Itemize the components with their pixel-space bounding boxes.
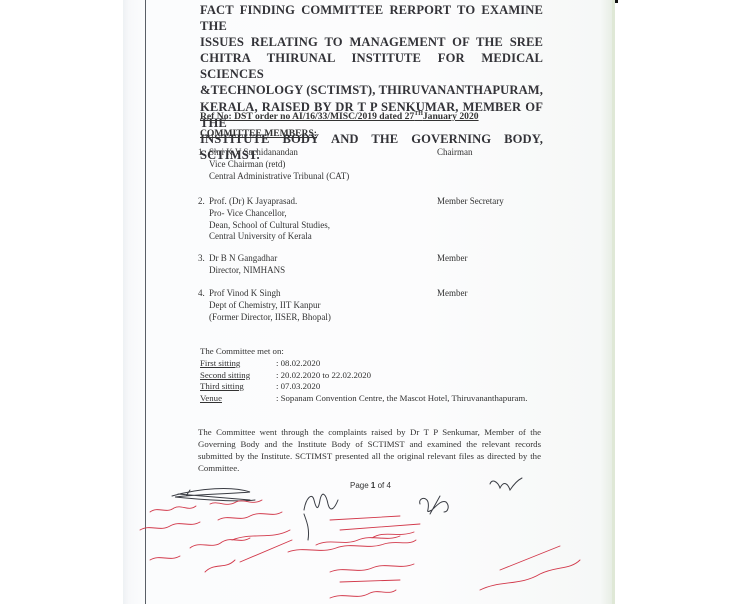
member-detail-line: Dept of Chemistry, IIT Kanpur (209, 300, 331, 312)
member-detail-line: Dean, School of Cultural Studies, (209, 220, 330, 232)
page-number: Page 1 of 4 (350, 481, 391, 490)
ref-text: Ref No: DST order no AI/16/33/MISC/2019 … (200, 111, 414, 122)
member-role: Chairman (437, 147, 473, 157)
corner-mark (615, 0, 618, 3)
member-role: Member (437, 253, 468, 263)
member-detail-line: (Former Director, IISER, Bhopal) (209, 312, 331, 324)
committee-members-heading: COMMITTEE MEMBERS: (200, 128, 317, 139)
page-of: of (375, 481, 386, 490)
member-detail-line: Central Administrative Tribunal (CAT) (209, 171, 349, 183)
member-number: 2. (198, 196, 208, 208)
member-detail-line: Prof Vinod K Singh (209, 288, 331, 300)
sitting-value: : 08.02.2020 (276, 358, 320, 368)
page-prefix: Page (350, 481, 371, 490)
sitting-value: : 20.02.2020 to 22.02.2020 (276, 370, 371, 380)
member-details: Shri K V SachidanandanVice Chairman (ret… (209, 147, 349, 182)
member-number: 1. (198, 147, 208, 159)
member-detail-line: Vice Chairman (retd) (209, 159, 349, 171)
sitting-label: Second sitting (200, 370, 250, 380)
committee-met-heading: The Committee met on: (200, 346, 284, 356)
member-detail-line: Prof. (Dr) K Jayaprasad. (209, 196, 330, 208)
member-details: Dr B N GangadharDirector, NIMHANS (209, 253, 285, 277)
sitting-value: : 07.03.2020 (276, 381, 320, 391)
member-details: Prof Vinod K SinghDept of Chemistry, IIT… (209, 288, 331, 323)
title-line: ISSUES RELATING TO MANAGEMENT OF THE SRE… (200, 34, 543, 50)
member-role: Member Secretary (437, 196, 504, 206)
sitting-label: Third sitting (200, 381, 244, 391)
ref-suffix: January 2020 (423, 111, 479, 122)
page-right-edge (612, 0, 615, 604)
sitting-label: First sitting (200, 358, 240, 368)
body-paragraph: The Committee went through the complaint… (198, 427, 541, 475)
title-line: FACT FINDING COMMITTEE RERPORT TO EXAMIN… (200, 2, 543, 34)
member-number: 3. (198, 253, 208, 265)
page-left-margin-line (145, 0, 146, 604)
title-line: &TECHNOLOGY (SCTIMST), THIRUVANANTHAPURA… (200, 82, 543, 98)
member-number: 4. (198, 288, 208, 300)
member-detail-line: Dr B N Gangadhar (209, 253, 285, 265)
reference-number: Ref No: DST order no AI/16/33/MISC/2019 … (200, 111, 479, 122)
sitting-value: : Sopanam Convention Centre, the Mascot … (276, 393, 527, 403)
member-details: Prof. (Dr) K Jayaprasad.Pro- Vice Chance… (209, 196, 330, 243)
title-line: CHITRA THIRUNAL INSTITUTE FOR MEDICAL SC… (200, 50, 543, 82)
sitting-label: Venue (200, 393, 222, 403)
member-role: Member (437, 288, 468, 298)
member-detail-line: Central University of Kerala (209, 231, 330, 243)
member-detail-line: Director, NIMHANS (209, 265, 285, 277)
page-total: 4 (386, 481, 390, 490)
member-detail-line: Shri K V Sachidanandan (209, 147, 349, 159)
ref-superscript: TH (414, 111, 423, 117)
member-detail-line: Pro- Vice Chancellor, (209, 208, 330, 220)
